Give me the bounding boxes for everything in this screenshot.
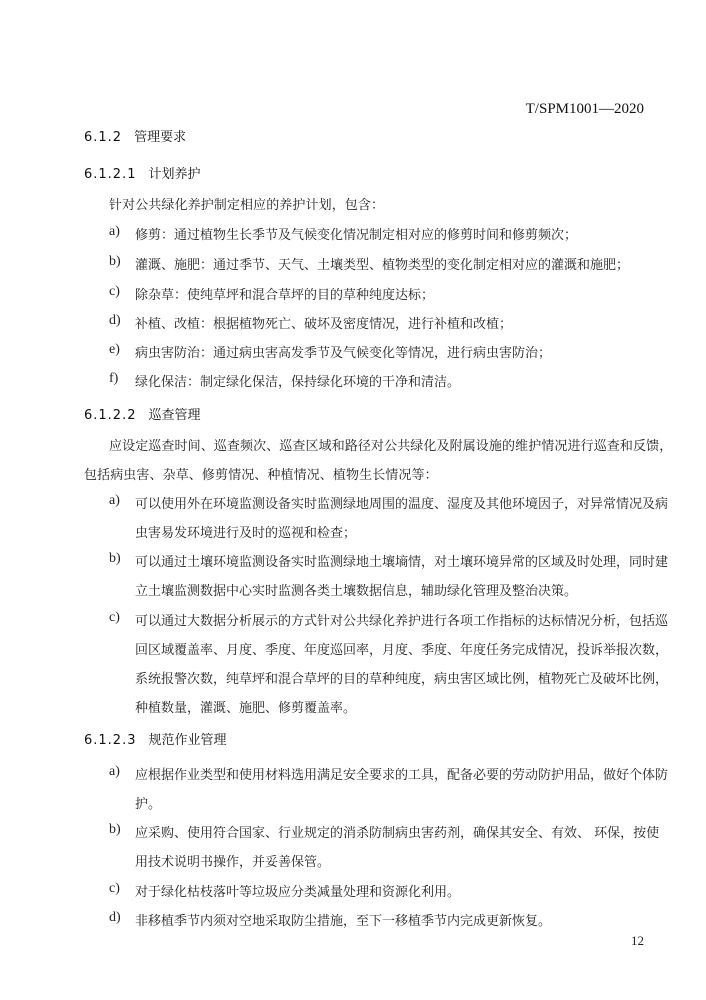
list-text: 应根据作业类型和使用材料选用满足安全要求的工具，配备必要的劳动防护用品，做好个体… (135, 764, 668, 783)
list-text: 应采购、使用符合国家、行业规定的消杀防制病虫害药剂，确保其安全、有效、 环保，按… (135, 822, 659, 841)
list-text: 病虫害防治：通过病虫害高发季节及气候变化等情况，进行病虫害防治； (135, 342, 551, 361)
list-continuation: 护。 (135, 793, 161, 812)
section-title: 巡查管理 (148, 408, 200, 423)
list-text: 可以通过大数据分析展示的方式针对公共绿化养护进行各项工作指标的达标情况分析，包括… (135, 610, 668, 629)
list-text: 补植、改植：根据植物死亡、破坏及密度情况，进行补植和改植； (135, 313, 512, 332)
section-title: 规范作业管理 (148, 733, 226, 748)
section-number: 6.1.2.1 (84, 167, 136, 182)
list-continuation: 虫害易发环境进行及时的巡视和检查； (135, 522, 356, 541)
list-label: c) (109, 610, 133, 626)
list-label: e) (109, 342, 133, 358)
list-continuation: 用技术说明书操作，并妥善保管。 (135, 851, 330, 870)
list-label: d) (109, 910, 133, 926)
section-heading-6-1-2-3: 6.1.2.3规范作业管理 (84, 729, 227, 748)
list-text: 除杂草：使纯草坪和混合草坪的目的草种纯度达标； (135, 284, 434, 303)
paragraph-line: 包括病虫害、杂草、修剪情况、种植情况、植物生长情况等： (84, 464, 438, 483)
list-text: 对于绿化枯枝落叶等垃圾应分类减量处理和资源化利用。 (135, 881, 460, 900)
section-number: 6.1.2.3 (84, 733, 136, 748)
list-continuation: 种植数量，灌溉、施肥、修剪覆盖率。 (135, 697, 356, 716)
list-text: 灌溉、施肥：通过季节、天气、土壤类型、植物类型的变化制定相对应的灌溉和施肥； (135, 254, 629, 273)
paragraph-line: 应设定巡查时间、巡查频次、巡查区域和路径对公共绿化及附属设施的维护情况进行巡查和… (109, 435, 672, 454)
section-heading-6-1-2: 6.1.2管理要求 (84, 126, 186, 145)
list-label: a) (109, 764, 133, 780)
page-number: 12 (631, 933, 644, 949)
list-label: a) (109, 224, 133, 240)
paragraph-intro: 针对公共绿化养护制定相应的养护计划，包含： (109, 194, 384, 213)
list-text: 可以使用外在环境监测设备实时监测绿地周围的温度、湿度及其他环境因子，对异常情况及… (135, 493, 668, 512)
section-heading-6-1-2-1: 6.1.2.1计划养护 (84, 163, 201, 182)
list-continuation: 系统报警次数，纯草坪和混合草坪的目的草种纯度，病虫害区域比例，植物死亡及破坏比例… (135, 668, 668, 687)
list-text: 绿化保洁：制定绿化保洁，保持绿化环境的干净和清洁。 (135, 371, 460, 390)
section-number: 6.1.2.2 (84, 408, 136, 423)
section-title: 计划养护 (148, 167, 200, 182)
list-label: d) (109, 313, 133, 329)
list-label: a) (109, 493, 133, 509)
list-continuation: 回区域覆盖率、月度、季度、年度巡回率，月度、季度、年度任务完成情况，投诉举报次数… (135, 639, 668, 658)
list-continuation: 立土壤监测数据中心实时监测各类土壤数据信息，辅助绿化管理及整治决策。 (135, 580, 577, 599)
section-heading-6-1-2-2: 6.1.2.2巡查管理 (84, 404, 201, 423)
section-number: 6.1.2 (84, 130, 122, 145)
list-label: c) (109, 284, 133, 300)
section-title: 管理要求 (134, 130, 186, 145)
list-text: 修剪：通过植物生长季节及气候变化情况制定相对应的修剪时间和修剪频次； (135, 224, 577, 243)
list-label: b) (109, 822, 133, 838)
list-label: c) (109, 881, 133, 897)
document-code: T/SPM1001—2020 (526, 101, 644, 118)
list-text: 非移植季节内须对空地采取防尘措施，至下一移植季节内完成更新恢复。 (135, 910, 551, 929)
list-label: b) (109, 254, 133, 270)
list-label: f) (109, 371, 133, 387)
list-text: 可以通过土壤环境监测设备实时监测绿地土壤墒情，对土壤环境异常的区域及时处理，同时… (135, 551, 668, 570)
document-page: T/SPM1001—2020 6.1.2管理要求 6.1.2.1计划养护 针对公… (0, 0, 706, 1000)
list-label: b) (109, 551, 133, 567)
